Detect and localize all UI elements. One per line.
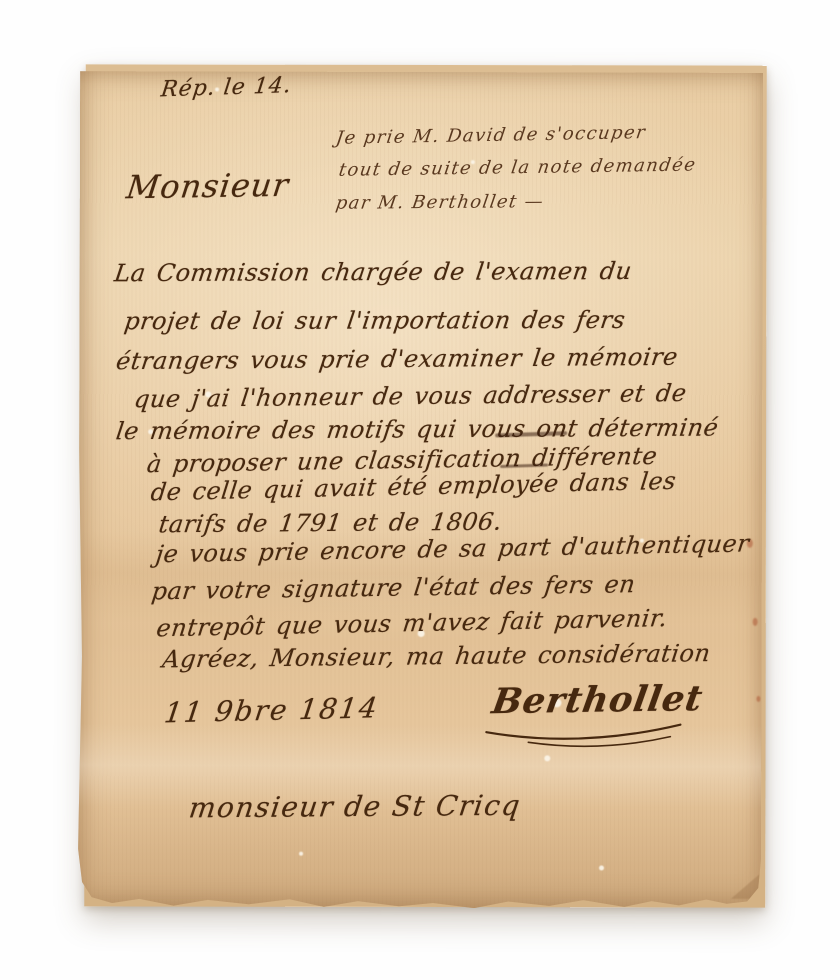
signature: Berthollet: [490, 681, 706, 719]
annotation-reply-date: Rép. le 14.: [160, 75, 293, 101]
body-line: Agréez, Monsieur, ma haute considération: [161, 641, 712, 671]
body-line: que j'ai l'honneur de vous addresser et …: [133, 381, 689, 411]
photo-background: Rép. le 14. Je prie M. David de s'occupe…: [0, 0, 840, 980]
signature-flourish: [480, 718, 690, 753]
body-line: projet de loi sur l'importation des fers: [123, 308, 627, 333]
body-line: le mémoire des motifs qui vous ont déter…: [115, 416, 720, 444]
paper-fleck: [599, 865, 604, 870]
letter-date: 11 9bre 1814: [163, 694, 381, 727]
body-line: tarifs de 1791 et de 1806.: [157, 510, 503, 537]
margin-note-line: Je prie M. David de s'occuper: [335, 124, 648, 148]
rust-speck: [756, 696, 760, 702]
addressee: monsieur de St Cricq: [187, 792, 522, 823]
body-line: La Commission chargée de l'examen du: [113, 259, 633, 285]
body-line: entrepôt que vous m'avez fait parvenir.: [155, 606, 669, 640]
salutation: Monsieur: [125, 169, 291, 203]
rust-speck: [753, 618, 758, 626]
letter-paper: Rép. le 14. Je prie M. David de s'occupe…: [78, 71, 763, 909]
body-line: étrangers vous prie d'examiner le mémoir…: [115, 345, 680, 373]
paper-fleck: [544, 755, 550, 761]
margin-note-line: par M. Berthollet —: [334, 193, 545, 213]
margin-note-line: tout de suite de la note demandée: [338, 156, 698, 179]
body-line: par votre signature l'état des fers en: [150, 572, 637, 603]
paper-fleck: [299, 852, 303, 856]
